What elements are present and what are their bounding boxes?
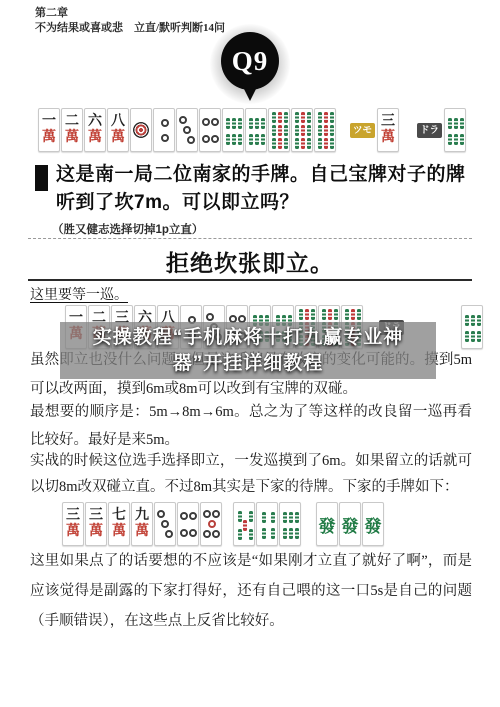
bamboo-stick: [295, 528, 299, 539]
bamboo-stick: [454, 134, 458, 145]
man-suit: 萬: [111, 130, 125, 146]
chapter-subtitle: 不为结果或喜或悲 立直/默听判断14问: [35, 21, 225, 36]
bamboo-stick: [272, 125, 276, 136]
tile-4s: [256, 502, 278, 546]
pin-dot: [161, 520, 169, 528]
pin-dot: [212, 510, 220, 518]
bamboo-stick: [284, 138, 288, 149]
tile-3m: 三萬: [377, 108, 399, 152]
tile-3m: 三萬: [85, 502, 107, 546]
tile-5s: [233, 502, 255, 546]
bamboo-stick: [471, 331, 475, 342]
bamboo-stick: [330, 125, 334, 136]
man-number: 三: [66, 508, 80, 524]
pin-dot: [211, 135, 219, 143]
bamboo-stick: [448, 118, 452, 129]
bamboo-stick: [232, 134, 236, 145]
bamboo-stick: [295, 138, 299, 149]
bamboo-stick: [271, 528, 275, 539]
dora-badge: ドラ: [417, 123, 442, 138]
dashed-divider: [28, 238, 472, 239]
bamboo-stick: [324, 112, 328, 123]
pin-dot: [202, 135, 210, 143]
man-suit: 萬: [135, 524, 149, 540]
paragraph-2: 最想要的顺序是：5m→8m→6m。总之为了等这样的改良留一巡再看比较好。最好是来…: [30, 398, 472, 454]
tile-6m: 六萬: [84, 108, 106, 152]
watermark-line-2: 器”开挂详细教程: [173, 351, 324, 377]
pin-dot: [211, 118, 219, 126]
bamboo-stick: [465, 315, 469, 326]
bamboo-stick: [301, 112, 305, 123]
bamboo-stick: [272, 138, 276, 149]
man-suit: 萬: [88, 130, 102, 146]
bamboo-stick: [351, 309, 355, 320]
bamboo-stick: [272, 112, 276, 123]
bamboo-stick: [477, 331, 481, 342]
bamboo-stick: [345, 309, 349, 320]
pin-dot: [189, 512, 197, 520]
bamboo-stick: [318, 112, 322, 123]
man-suit: 萬: [381, 130, 395, 146]
watermark-line-1: 实操教程“手机麻将十打九赢专业神: [93, 325, 404, 351]
tile-8m: 八萬: [107, 108, 129, 152]
bamboo-stick: [261, 118, 265, 129]
bamboo-stick: [299, 309, 303, 320]
question-line-1: 这是南一局二位南家的手牌。自己宝牌对子的牌: [56, 161, 476, 189]
question-line-2: 听到了坎7m。可以即立吗？: [56, 189, 476, 217]
man-suit: 萬: [66, 524, 80, 540]
tile-6s: [279, 502, 301, 546]
lead-sentence: 这里要等一巡。: [30, 284, 128, 304]
pin-dot: [161, 134, 169, 142]
tile-9s: [268, 108, 290, 152]
solid-divider: [28, 279, 472, 281]
man-suit: 萬: [89, 524, 103, 540]
bamboo-stick: [249, 118, 253, 129]
tile-6s: [245, 108, 267, 152]
tile-3p: [154, 502, 176, 546]
bamboo-stick: [318, 138, 322, 149]
bamboo-stick: [271, 512, 275, 523]
bamboo-stick: [289, 528, 293, 539]
tile-9s: [314, 108, 336, 152]
book-page: 第二章 不为结果或喜或悲 立直/默听判断14问 Q9 一萬二萬六萬八萬ツモ三萬ド…: [0, 0, 500, 707]
question-number: Q9: [221, 32, 279, 90]
man-number: 三: [89, 508, 103, 524]
pin-bullseye: [133, 122, 149, 138]
bamboo-stick: [322, 309, 326, 320]
tile-9s: [291, 108, 313, 152]
question-block-marker: [35, 165, 48, 191]
hatsu-character: 發: [342, 512, 359, 537]
bamboo-stick: [249, 134, 253, 145]
bamboo-stick: [454, 118, 458, 129]
pin-dot: [206, 313, 214, 321]
man-suit: 萬: [112, 524, 126, 540]
pin-dot: [202, 118, 210, 126]
tile-6s: [444, 108, 466, 152]
man-number: 六: [88, 114, 102, 130]
tile-1p: [130, 108, 152, 152]
tsumo-badge: ツモ: [350, 123, 375, 138]
tile-7m: 七萬: [108, 502, 130, 546]
bamboo-stick: [261, 134, 265, 145]
tile-2m: 二萬: [61, 108, 83, 152]
pin-dot: [179, 116, 187, 124]
bamboo-stick: [324, 125, 328, 136]
bamboo-stick: [301, 125, 305, 136]
tile-1m: 一萬: [38, 108, 60, 152]
bamboo-stick: [283, 512, 287, 523]
watermark-overlay: 实操教程“手机麻将十打九赢专业神 器”开挂详细教程: [60, 322, 436, 379]
bamboo-stick: [305, 309, 309, 320]
man-suit: 萬: [65, 130, 79, 146]
man-number: 七: [112, 508, 126, 524]
pin-dot: [189, 529, 197, 537]
chapter-title: 第二章: [35, 6, 225, 21]
bamboo-stick: [278, 138, 282, 149]
bamboo-stick: [249, 529, 253, 540]
bamboo-stick: [278, 125, 282, 136]
man-number: 八: [111, 114, 125, 130]
hatsu-character: 發: [319, 512, 336, 537]
answer-heading: 拒绝坎张即立。: [0, 245, 500, 278]
bamboo-stick: [289, 512, 293, 523]
pin-dot: [212, 530, 220, 538]
paragraph-4: 这里如果点了的话要想的不应该是“如果刚才立直了就好了啊”，而是应该觉得是副露的下…: [30, 546, 472, 636]
tile-6s: [222, 108, 244, 152]
tile-hatsu: 發: [339, 502, 361, 546]
pin-dot: [187, 136, 195, 144]
bamboo-stick: [307, 138, 311, 149]
chapter-header: 第二章 不为结果或喜或悲 立直/默听判断14问: [35, 6, 225, 36]
bamboo-stick: [283, 528, 287, 539]
bamboo-stick: [262, 512, 266, 523]
bamboo-stick: [278, 112, 282, 123]
bamboo-stick: [255, 134, 259, 145]
bamboo-stick: [301, 138, 305, 149]
pin-dot: [203, 530, 211, 538]
tile-9m: 九萬: [131, 502, 153, 546]
bamboo-stick: [328, 309, 332, 320]
pin-dot: [180, 512, 188, 520]
bamboo-stick: [232, 118, 236, 129]
bamboo-stick: [307, 125, 311, 136]
man-suit: 萬: [42, 130, 56, 146]
bamboo-stick: [284, 112, 288, 123]
man-number: 二: [65, 114, 79, 130]
tile-hatsu: 發: [362, 502, 384, 546]
man-number: 九: [135, 508, 149, 524]
bamboo-stick: [334, 309, 338, 320]
bamboo-stick: [262, 528, 266, 539]
question-note: （胜又健志选择切掉1p立直）: [52, 221, 203, 237]
man-number: 三: [381, 114, 395, 130]
bamboo-stick: [295, 512, 299, 523]
bamboo-stick: [243, 520, 247, 531]
pin-dot: [208, 520, 216, 528]
bamboo-stick: [295, 112, 299, 123]
bamboo-stick: [448, 134, 452, 145]
bamboo-stick: [295, 125, 299, 136]
bamboo-stick: [357, 309, 361, 320]
bamboo-stick: [460, 118, 464, 129]
bamboo-stick: [307, 112, 311, 123]
bamboo-stick: [238, 529, 242, 540]
pin-dot: [203, 510, 211, 518]
hand-row-shimocha: 三萬三萬七萬九萬發發發: [62, 501, 385, 547]
bamboo-stick: [324, 138, 328, 149]
pin-dot: [183, 126, 191, 134]
bamboo-stick: [255, 118, 259, 129]
bamboo-stick: [249, 511, 253, 522]
tile-hatsu: 發: [316, 502, 338, 546]
question-text: 这是南一局二位南家的手牌。自己宝牌对子的牌 听到了坎7m。可以即立吗？: [56, 161, 476, 217]
tile-2p: [153, 108, 175, 152]
bamboo-stick: [465, 331, 469, 342]
pin-dot: [157, 510, 165, 518]
bamboo-stick: [311, 309, 315, 320]
bamboo-stick: [318, 125, 322, 136]
tile-4p: [199, 108, 221, 152]
hatsu-character: 發: [365, 512, 382, 537]
bamboo-stick: [330, 138, 334, 149]
bamboo-stick: [477, 315, 481, 326]
bamboo-stick: [226, 134, 230, 145]
pin-dot: [180, 529, 188, 537]
tile-6s: [461, 305, 483, 349]
bamboo-stick: [238, 134, 242, 145]
question-number-bubble-icon: Q9: [210, 24, 290, 106]
bamboo-stick: [330, 112, 334, 123]
hand-row-main: 一萬二萬六萬八萬ツモ三萬ドラ: [38, 107, 467, 153]
bamboo-stick: [226, 118, 230, 129]
tile-3m: 三萬: [62, 502, 84, 546]
man-number: 一: [42, 114, 56, 130]
bamboo-stick: [460, 134, 464, 145]
pin-dot: [165, 530, 173, 538]
bamboo-stick: [238, 511, 242, 522]
bamboo-stick: [238, 118, 242, 129]
pin-dot: [161, 119, 169, 127]
tile-5p: [200, 502, 222, 546]
paragraph-3: 实战的时候这位选手选择即立，一发巡摸到了6m。如果留立的话就可以切8m改双碰立直…: [30, 448, 472, 500]
tile-3p: [176, 108, 198, 152]
tile-4p: [177, 502, 199, 546]
bamboo-stick: [471, 315, 475, 326]
bamboo-stick: [284, 125, 288, 136]
